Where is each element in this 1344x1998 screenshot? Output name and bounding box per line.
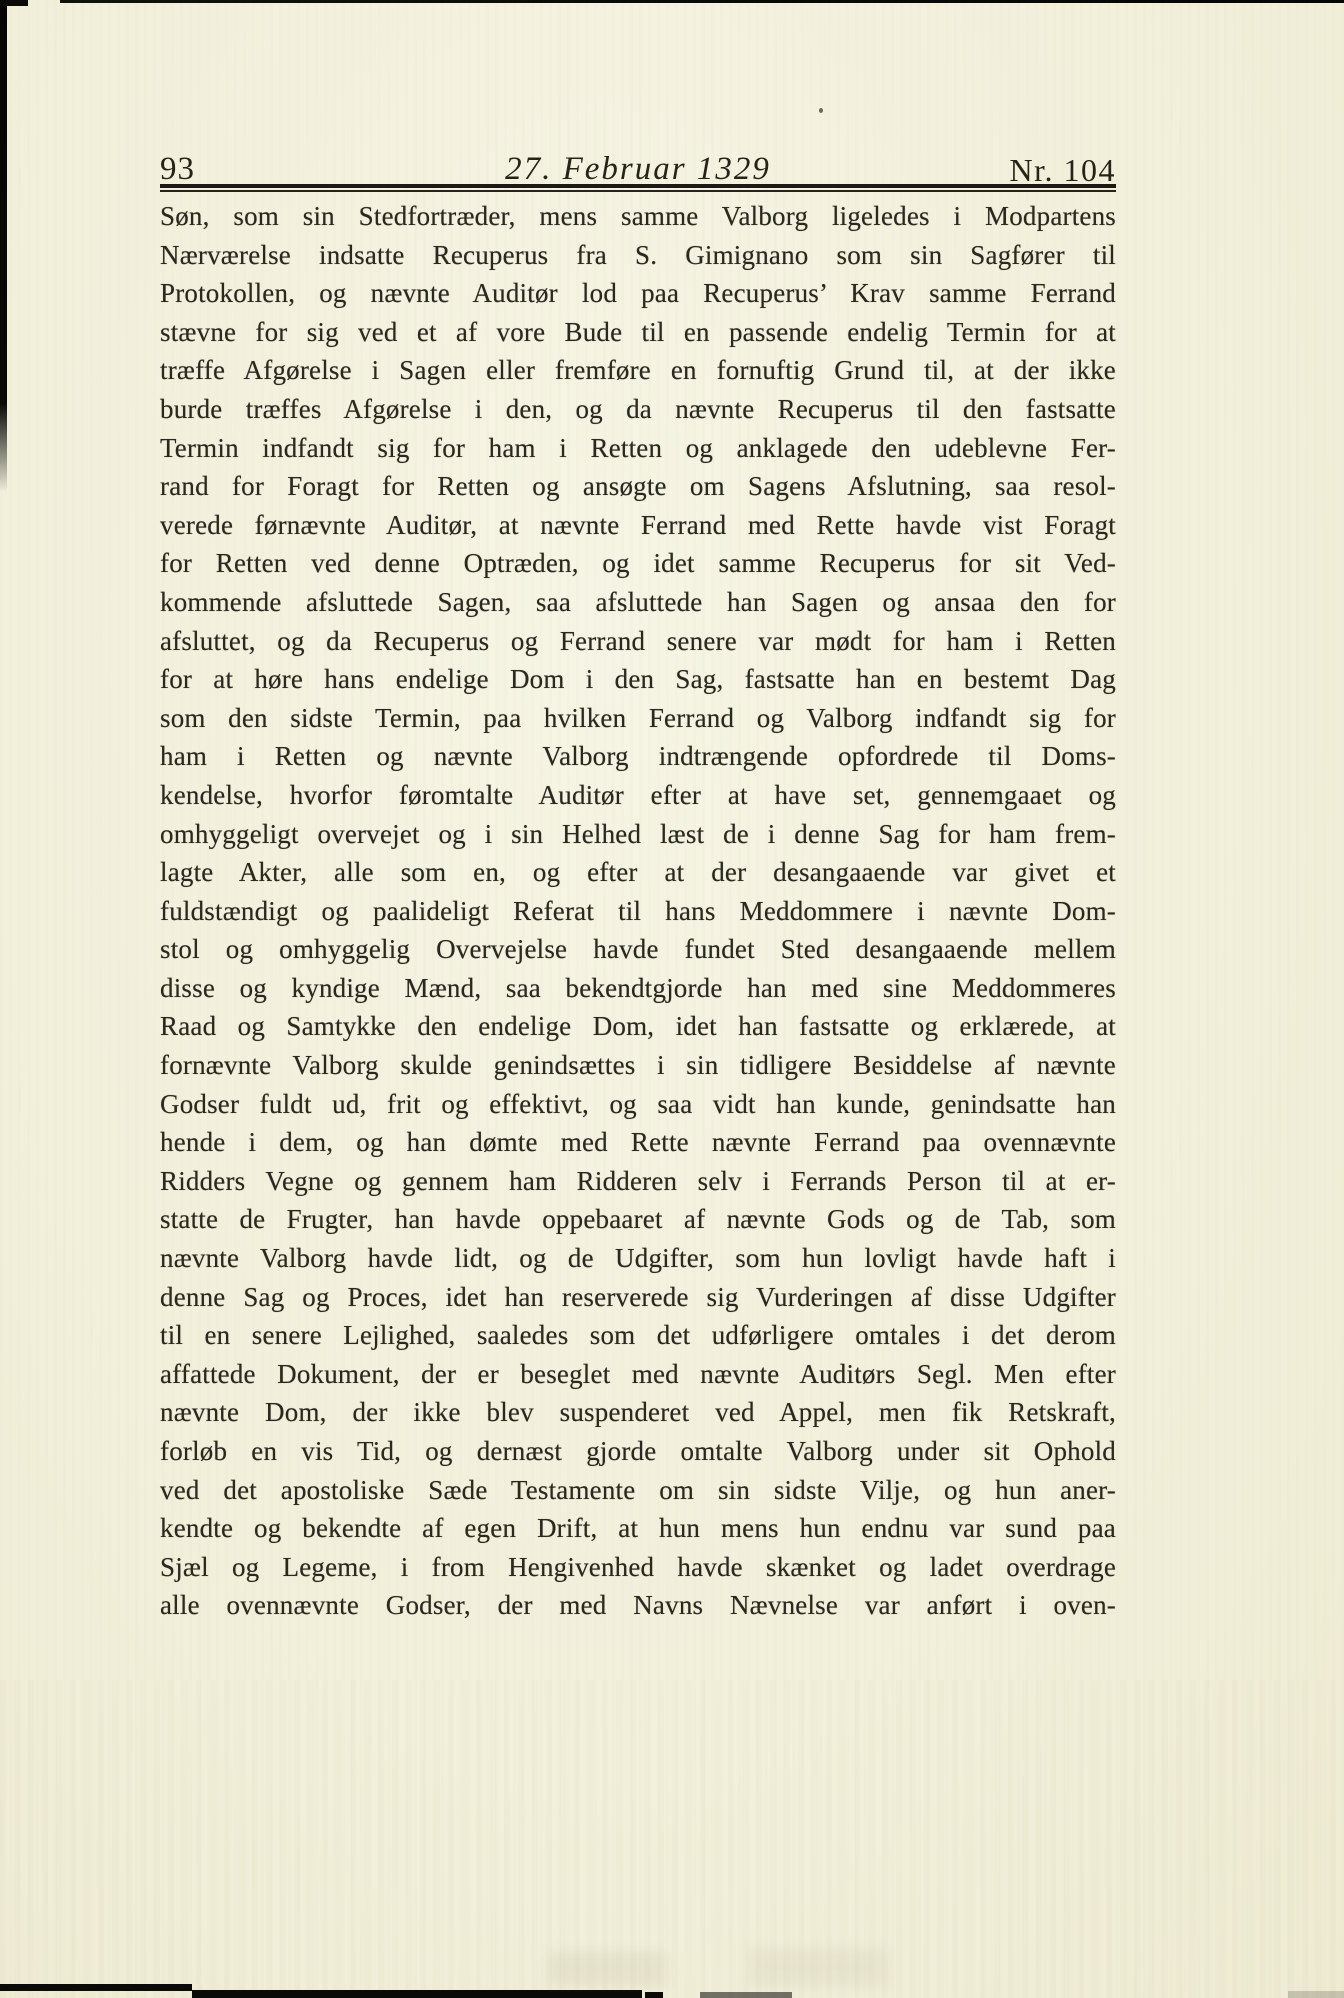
scan-artifact-bottom-bar-3 — [645, 1992, 663, 1998]
document-number: Nr. 104 — [1010, 154, 1117, 186]
paper-texture — [0, 1680, 1344, 1998]
scanned-book-page: 93 27. Februar 1329 Nr. 104 Søn, som sin… — [0, 0, 1344, 1998]
scan-smudge — [548, 1952, 666, 1986]
running-header: 93 27. Februar 1329 Nr. 104 — [160, 146, 1116, 186]
paper-speck — [819, 108, 823, 113]
scan-artifact-bottom-bar-5 — [1288, 1991, 1344, 1998]
header-date-title: 27. Februar 1329 — [505, 153, 771, 186]
page-number: 93 — [160, 153, 195, 186]
scan-artifact-left-edge — [0, 0, 7, 492]
scan-artifact-top-left-corner — [0, 0, 28, 6]
scan-smudge — [748, 1948, 888, 1986]
scan-artifact-top-edge — [60, 0, 1344, 3]
scan-artifact-bottom-bar-4 — [700, 1992, 792, 1998]
header-double-rule — [160, 184, 1116, 192]
scan-artifact-bottom-bar-2 — [192, 1990, 642, 1998]
scan-artifact-bottom-bar-1 — [0, 1984, 192, 1991]
body-text: Søn, som sin Stedfortræder, mens samme V… — [160, 197, 1116, 1625]
